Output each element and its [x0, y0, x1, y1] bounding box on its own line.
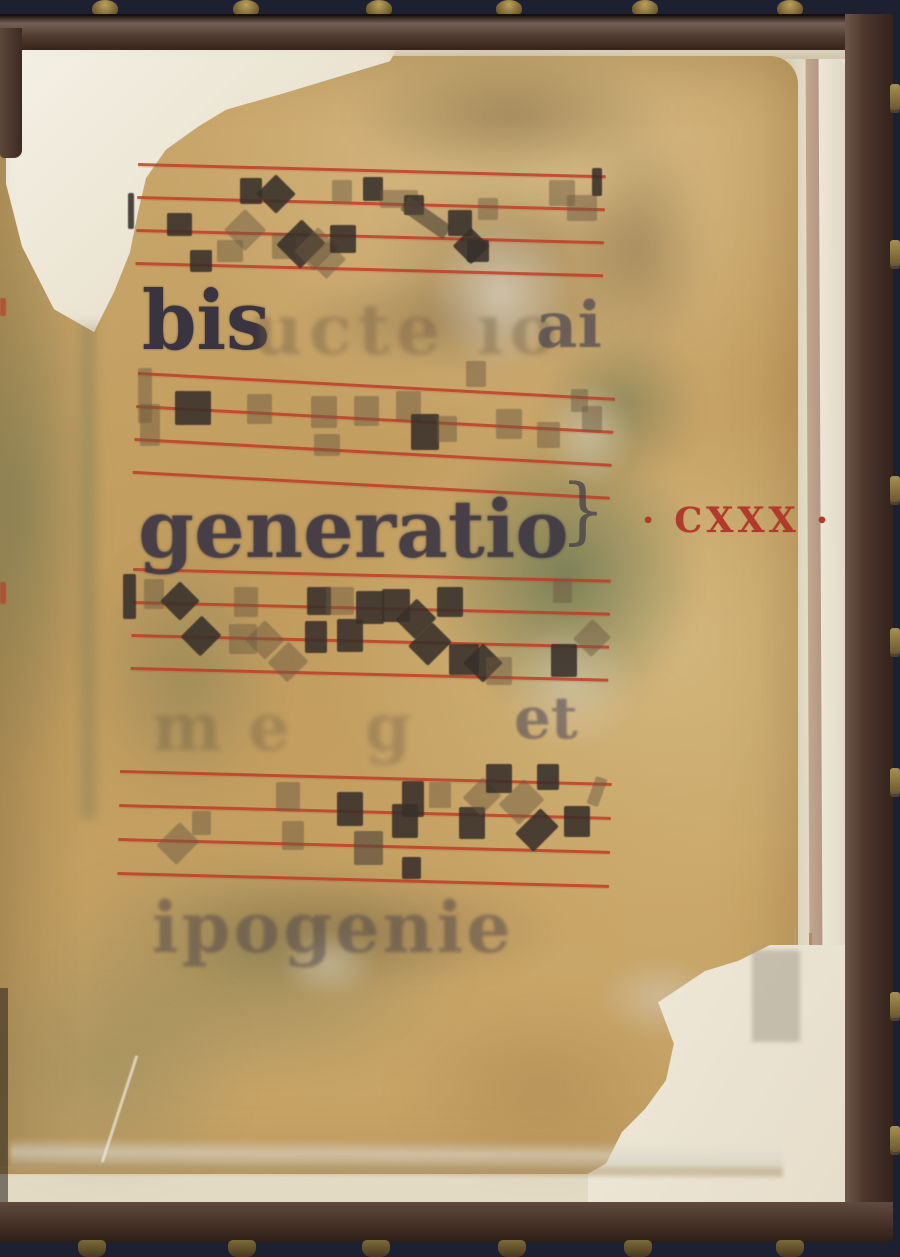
frame-foot	[362, 1240, 390, 1257]
frame-foot	[624, 1240, 652, 1257]
lyric-line1-word: bis	[142, 274, 270, 369]
lyric-line3-end: et	[514, 684, 578, 752]
left-edge-shadow	[0, 988, 8, 1206]
lyric-line4-faded: ipogenie	[152, 886, 514, 969]
manuscript-photo: bis ucte ıo ai generatio } me g et ipoge…	[0, 0, 900, 1257]
lyric-line1-faded: ucte ıo	[252, 288, 562, 371]
frame-knob	[890, 476, 900, 502]
frame-right-bar	[845, 14, 893, 1242]
folio-number: · CXXX ·	[642, 500, 832, 541]
frame-top-bar	[0, 14, 893, 50]
frame-knob	[890, 1126, 900, 1152]
frame-foot	[498, 1240, 526, 1257]
frame-left-corner	[0, 28, 22, 158]
red-bleed-mark	[0, 582, 6, 604]
frame-knob	[890, 84, 900, 110]
frame-knob	[890, 628, 900, 654]
frame-foot	[776, 1240, 804, 1257]
lyric-line3-faded: me g	[152, 688, 437, 766]
frame-knob	[890, 240, 900, 266]
lyric-line1-end: ai	[536, 288, 602, 363]
frame-knob	[890, 992, 900, 1018]
frame-foot	[228, 1240, 256, 1257]
red-bleed-mark	[0, 298, 6, 316]
frame-knob	[890, 768, 900, 794]
lyric-line2-word: generatio	[138, 482, 569, 576]
frame-foot	[78, 1240, 106, 1257]
lyric-line2-flourish: }	[560, 468, 606, 552]
frame-bottom-bar	[0, 1202, 893, 1242]
vellum-patch	[752, 950, 800, 1042]
vertical-streak	[80, 300, 96, 820]
